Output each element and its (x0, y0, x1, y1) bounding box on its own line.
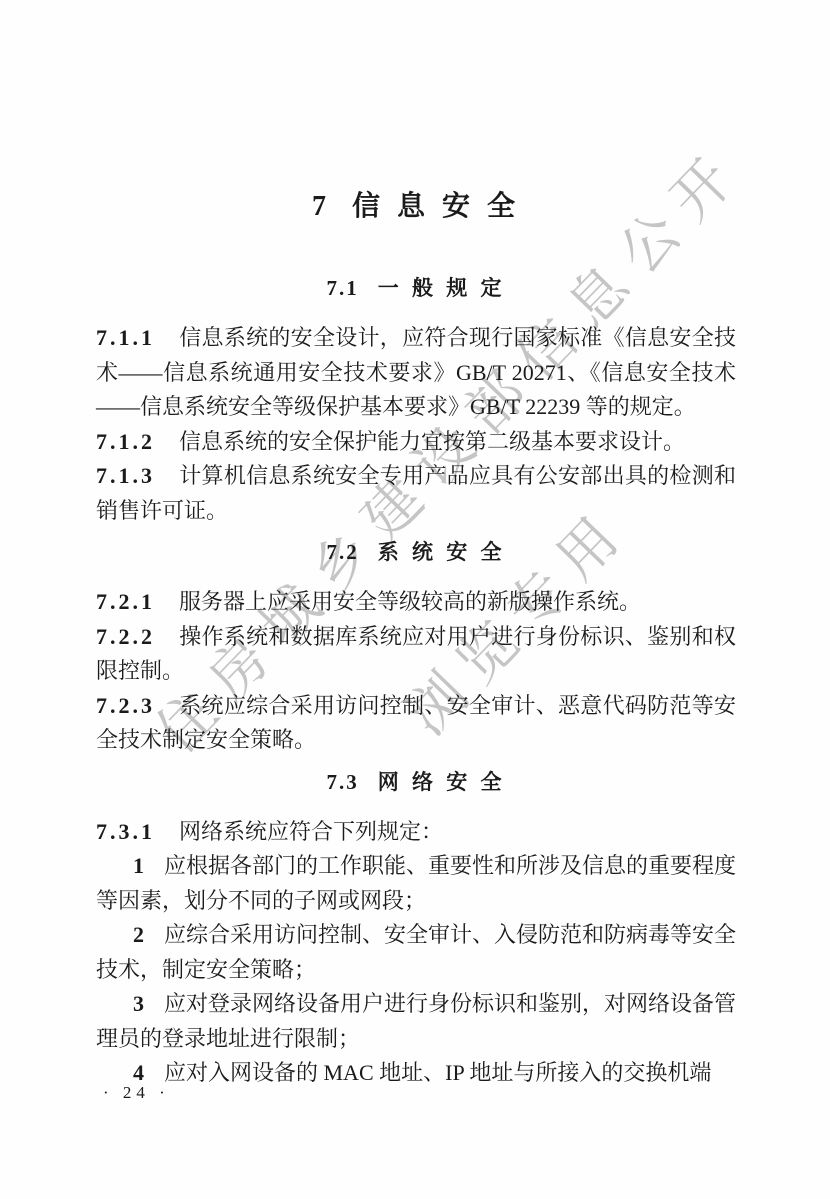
page-footer: · 24 · (103, 1083, 170, 1103)
section-heading-7-1: 7.1一 般 规 定 (96, 274, 736, 302)
document-page: 住房城乡建设部信息公开 浏览专用 7信 息 安 全 7.1一 般 规 定 7.1… (0, 0, 830, 1199)
section-name: 系 统 安 全 (378, 540, 506, 564)
item-number: 1 (133, 853, 144, 878)
section-name: 一 般 规 定 (378, 276, 506, 300)
section-heading-7-3: 7.3网 络 安 全 (96, 768, 736, 796)
clause-text: 系统应综合采用访问控制、安全审计、恶意代码防范等安全技术制定安全策略。 (96, 693, 736, 753)
section-name: 网 络 安 全 (378, 770, 506, 794)
clause-7-3-1: 7.3.1网络系统应符合下列规定： (96, 815, 736, 850)
clause-number: 7.2.1 (96, 589, 155, 614)
clause-7-2-2: 7.2.2操作系统和数据库系统应对用户进行身份标识、鉴别和权限控制。 (96, 620, 736, 689)
item-text: 应对入网设备的 MAC 地址、IP 地址与所接入的交换机端 (164, 1060, 711, 1085)
clause-7-1-1: 7.1.1信息系统的安全设计，应符合现行国家标准《信息安全技术——信息系统通用安… (96, 321, 736, 425)
section-heading-7-2: 7.2系 统 安 全 (96, 538, 736, 566)
section-number: 7.2 (327, 540, 359, 564)
clause-text: 信息系统的安全设计，应符合现行国家标准《信息安全技术——信息系统通用安全技术要求… (96, 325, 736, 419)
clause-number: 7.2.3 (96, 693, 155, 718)
item-text: 应根据各部门的工作职能、重要性和所涉及信息的重要程度等因素，划分不同的子网或网段… (96, 853, 736, 913)
section-number: 7.3 (327, 770, 359, 794)
clause-text: 网络系统应符合下列规定： (179, 819, 443, 844)
page-number: · 24 · (103, 1083, 170, 1102)
clause-7-2-1: 7.2.1服务器上应采用安全等级较高的新版操作系统。 (96, 585, 736, 620)
list-item-1: 1应根据各部门的工作职能、重要性和所涉及信息的重要程度等因素，划分不同的子网或网… (96, 849, 736, 918)
clause-number: 7.2.2 (96, 624, 155, 649)
clause-text: 服务器上应采用安全等级较高的新版操作系统。 (179, 589, 641, 614)
clause-7-2-3: 7.2.3系统应综合采用访问控制、安全审计、恶意代码防范等安全技术制定安全策略。 (96, 689, 736, 758)
clause-7-1-2: 7.1.2信息系统的安全保护能力宜按第二级基本要求设计。 (96, 425, 736, 460)
chapter-name: 信 息 安 全 (352, 191, 520, 222)
list-item-4: 4应对入网设备的 MAC 地址、IP 地址与所接入的交换机端 (96, 1056, 736, 1091)
item-number: 4 (133, 1060, 144, 1085)
clause-text: 操作系统和数据库系统应对用户进行身份标识、鉴别和权限控制。 (96, 624, 736, 684)
item-number: 2 (133, 922, 144, 947)
chapter-number: 7 (312, 191, 326, 222)
list-item-3: 3应对登录网络设备用户进行身份标识和鉴别，对网络设备管理员的登录地址进行限制； (96, 987, 736, 1056)
item-text: 应综合采用访问控制、安全审计、入侵防范和防病毒等安全技术，制定安全策略； (96, 922, 736, 982)
item-number: 3 (133, 991, 144, 1016)
clause-number: 7.1.3 (96, 463, 155, 488)
clause-number: 7.1.1 (96, 325, 155, 350)
clause-text: 信息系统的安全保护能力宜按第二级基本要求设计。 (179, 429, 685, 454)
clause-text: 计算机信息系统安全专用产品应具有公安部出具的检测和销售许可证。 (96, 463, 736, 523)
list-item-2: 2应综合采用访问控制、安全审计、入侵防范和防病毒等安全技术，制定安全策略； (96, 918, 736, 987)
clause-number: 7.1.2 (96, 429, 155, 454)
clause-7-1-3: 7.1.3计算机信息系统安全专用产品应具有公安部出具的检测和销售许可证。 (96, 459, 736, 528)
clause-number: 7.3.1 (96, 819, 155, 844)
page-content: 7信 息 安 全 7.1一 般 规 定 7.1.1信息系统的安全设计，应符合现行… (96, 0, 736, 1091)
chapter-title: 7信 息 安 全 (96, 190, 736, 224)
section-number: 7.1 (327, 276, 359, 300)
item-text: 应对登录网络设备用户进行身份标识和鉴别，对网络设备管理员的登录地址进行限制； (96, 991, 736, 1051)
